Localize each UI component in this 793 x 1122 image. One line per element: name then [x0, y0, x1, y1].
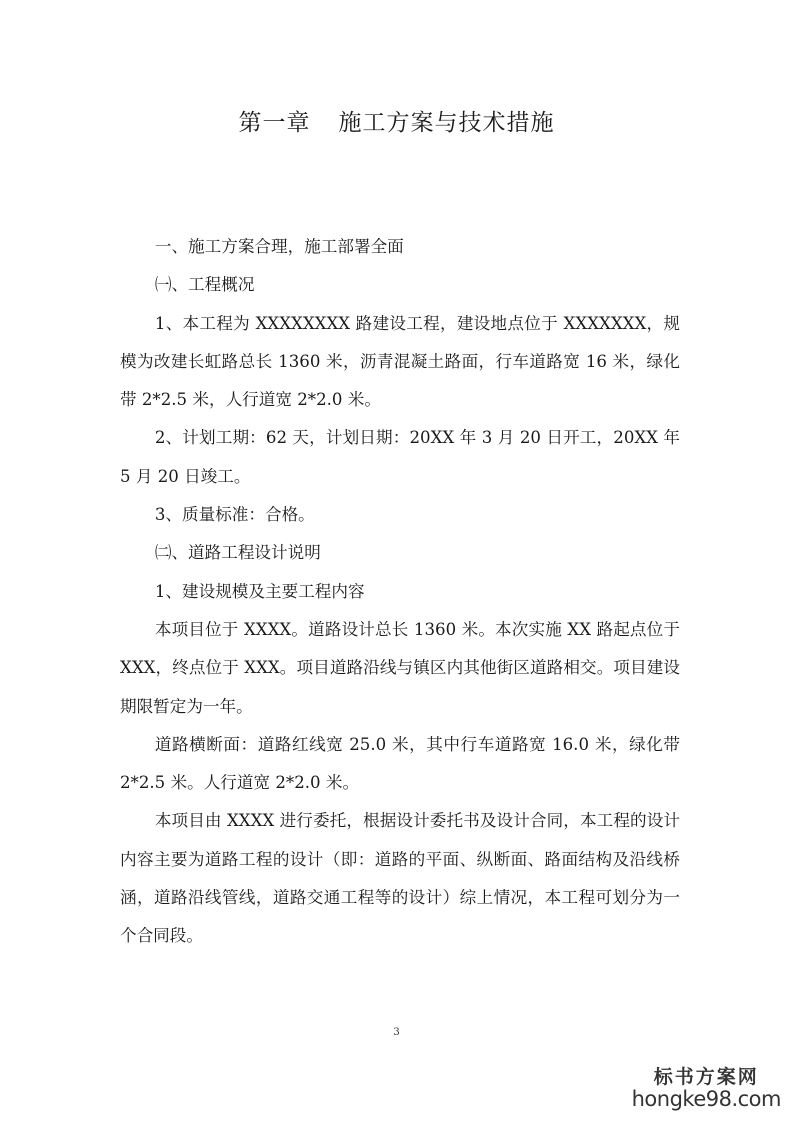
document-body: 一、施工方案合理，施工部署全面 ㈠、工程概况 1、本工程为 XXXXXXXX 路…: [120, 228, 680, 956]
subsection-heading-overview: ㈠、工程概况: [120, 266, 680, 304]
section-heading-1: 一、施工方案合理，施工部署全面: [120, 228, 680, 266]
paragraph-schedule: 2、计划工期：62 天，计划日期：20XX 年 3 月 20 日开工，20XX …: [120, 419, 680, 496]
watermark-logo: 标书方案网 hongke98.com: [632, 1066, 781, 1110]
chapter-title: 第一章施工方案与技术措施: [0, 104, 793, 137]
chapter-number: 第一章: [239, 110, 311, 136]
paragraph-design-content: 本项目由 XXXX 进行委托，根据设计委托书及设计合同，本工程的设计内容主要为道…: [120, 802, 680, 955]
subsection-heading-design: ㈡、道路工程设计说明: [120, 534, 680, 572]
watermark-cn-text: 标书方案网: [632, 1066, 781, 1088]
page-number: 3: [0, 1027, 793, 1038]
paragraph-cross-section: 道路横断面：道路红线宽 25.0 米，其中行车道路宽 16.0 米，绿化带 2*…: [120, 726, 680, 803]
paragraph-location: 本项目位于 XXXX。道路设计总长 1360 米。本次实施 XX 路起点位于 X…: [120, 611, 680, 726]
watermark-url-text: hongke98.com: [632, 1088, 781, 1110]
paragraph-project-scope: 1、本工程为 XXXXXXXX 路建设工程，建设地点位于 XXXXXXX，规模为…: [120, 305, 680, 420]
chapter-heading: 施工方案与技术措施: [339, 110, 555, 136]
item-heading-scale: 1、建设规模及主要工程内容: [120, 573, 680, 611]
paragraph-quality: 3、质量标准：合格。: [120, 496, 680, 534]
